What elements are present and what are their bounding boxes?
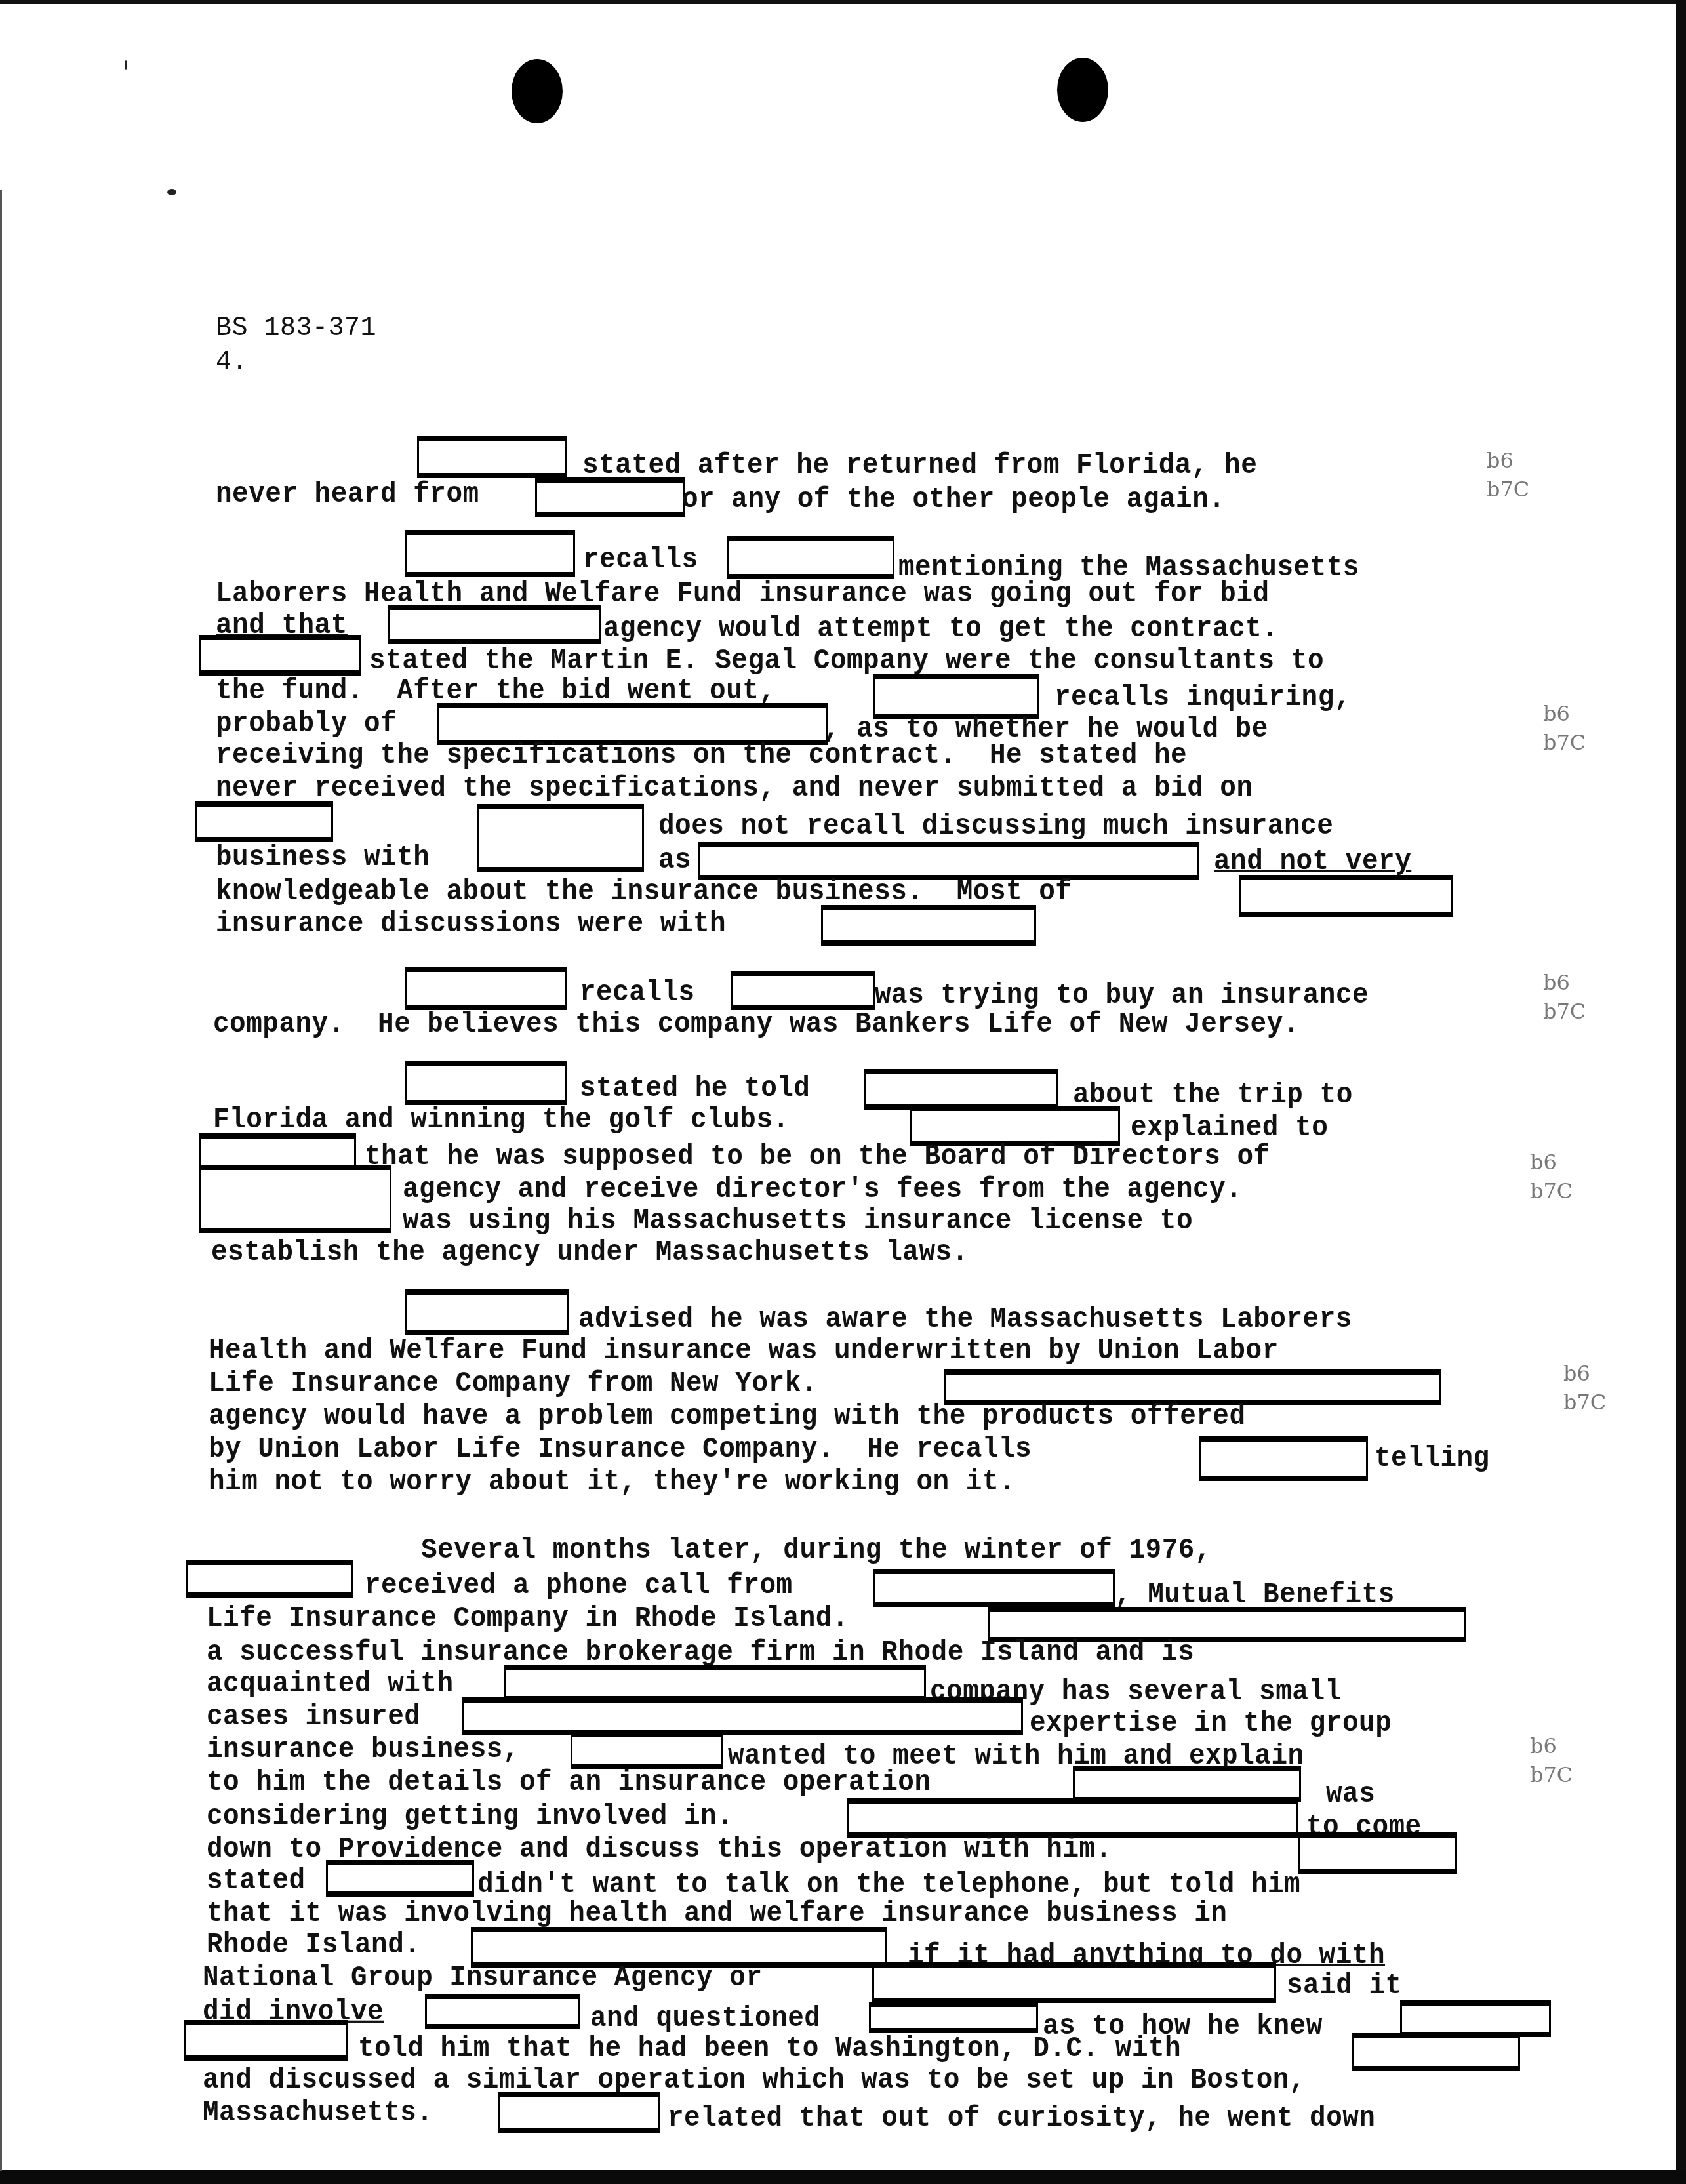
exemption-code-b7c: b7C — [1530, 1177, 1573, 1205]
text-line: agency and receive director's fees from … — [403, 1174, 1242, 1205]
redaction-box — [405, 1289, 569, 1335]
text-line: agency would attempt to get the contract… — [603, 613, 1278, 645]
exemption-code-b6: b6 — [1543, 699, 1570, 728]
text-line: as — [658, 845, 691, 876]
redaction-box — [873, 674, 1039, 719]
exemption-code-b6: b6 — [1563, 1359, 1590, 1388]
redaction-box — [1298, 1832, 1457, 1874]
text-line: receiving the specifications on the cont… — [216, 740, 1187, 771]
text-line: a successful insurance brokerage firm in… — [207, 1637, 1194, 1668]
text-line: insurance business, — [207, 1734, 519, 1766]
exemption-code-b6: b6 — [1530, 1731, 1557, 1760]
text-line: telling — [1375, 1443, 1490, 1474]
text-line: him not to worry about it, they're worki… — [209, 1466, 1015, 1498]
exemption-code-b7c: b7C — [1563, 1388, 1606, 1417]
exemption-code-b6: b6 — [1543, 968, 1570, 997]
exemption-code-b6: b6 — [1530, 1148, 1557, 1177]
redaction-box — [535, 477, 685, 517]
text-line: acquainted with — [207, 1668, 454, 1700]
text-line: advised he was aware the Massachusetts L… — [578, 1304, 1352, 1335]
redaction-box — [698, 842, 1199, 880]
punch-hole-right — [1057, 58, 1108, 122]
text-line: establish the agency under Massachusetts… — [211, 1237, 969, 1268]
exemption-code-b7c: b7C — [1487, 475, 1529, 504]
scan-speck — [125, 60, 127, 70]
document-page: BS 183-371 4. stated after he returned f… — [0, 0, 1686, 2184]
text-line: the fund. After the bid went out, — [216, 676, 776, 707]
scan-edge-top — [0, 0, 1686, 4]
text-line: that he was supposed to be on the Board … — [365, 1141, 1270, 1173]
redaction-box — [873, 1569, 1115, 1607]
text-line: Laborers Health and Welfare Fund insuran… — [216, 578, 1270, 610]
redaction-box — [1199, 1436, 1368, 1481]
text-line: probably of — [216, 708, 397, 740]
text-line: and discussed a similar operation which … — [203, 2065, 1306, 2096]
redaction-box — [944, 1369, 1441, 1405]
text-line: Rhode Island. — [207, 1930, 420, 1961]
text-line: Health and Welfare Fund insurance was un… — [209, 1335, 1279, 1367]
text-line: stated — [207, 1865, 306, 1897]
exemption-code-b6: b6 — [1487, 446, 1514, 475]
redaction-box — [727, 536, 894, 579]
redaction-box — [405, 967, 567, 1010]
text-line: didn't want to talk on the telephone, bu… — [477, 1869, 1300, 1901]
text-line: Life Insurance Company from New York. — [209, 1368, 818, 1400]
text-line: expertise in the group — [1030, 1708, 1392, 1739]
text-line: received a phone call from — [365, 1570, 793, 1602]
text-line: by Union Labor Life Insurance Company. H… — [209, 1434, 1032, 1465]
text-line: or any of the other people again. — [682, 484, 1225, 516]
redaction-box — [731, 971, 875, 1010]
text-line: was — [1326, 1779, 1375, 1810]
text-line: never heard from — [216, 479, 479, 510]
redaction-box — [199, 1165, 391, 1233]
text-line: Life Insurance Company in Rhode Island. — [207, 1603, 849, 1634]
redaction-box — [184, 2020, 348, 2061]
text-line: stated after he returned from Florida, h… — [582, 450, 1257, 481]
text-line: explained to — [1131, 1112, 1328, 1144]
text-line: stated the Martin E. Segal Company were … — [369, 645, 1324, 677]
text-line: Massachusetts. — [203, 2097, 433, 2129]
text-line: considering getting involved in. — [207, 1801, 733, 1832]
punch-hole-left — [512, 59, 563, 123]
text-line: National Group Insurance Agency or — [203, 1962, 763, 1994]
text-line: said it — [1287, 1970, 1402, 2002]
redaction-box — [864, 1069, 1058, 1110]
text-line: company. He believes this company was Ba… — [213, 1009, 1300, 1040]
exemption-code-b7c: b7C — [1530, 1760, 1573, 1789]
text-line: cases insured — [207, 1701, 420, 1733]
exemption-code-b7c: b7C — [1543, 997, 1586, 1026]
redaction-box — [872, 1962, 1276, 2003]
redaction-box — [1239, 875, 1453, 917]
file-number: BS 183-371 — [216, 313, 376, 345]
scan-edge-left — [0, 190, 2, 2171]
redaction-box — [571, 1731, 723, 1769]
redaction-box — [425, 1994, 580, 2029]
redaction-box — [388, 605, 601, 644]
scan-edge-right — [1676, 0, 1686, 2184]
exemption-code-b7c: b7C — [1543, 728, 1586, 757]
redaction-box — [405, 530, 575, 577]
text-line: recalls — [580, 977, 695, 1009]
redaction-box — [477, 804, 644, 872]
redaction-box — [1400, 2000, 1551, 2037]
scan-speck — [167, 189, 176, 195]
redaction-box — [498, 2092, 660, 2133]
redaction-box — [504, 1665, 926, 1701]
text-line: , Mutual Benefits — [1115, 1579, 1395, 1611]
text-line: recalls — [583, 544, 698, 576]
scan-edge-bottom — [0, 2170, 1686, 2184]
redaction-box — [1352, 2033, 1520, 2071]
text-line: and not very — [1214, 846, 1411, 878]
redaction-box — [199, 635, 361, 676]
text-line: Florida and winning the golf clubs. — [213, 1104, 790, 1136]
text-line: knowledgeable about the insurance busine… — [216, 876, 1072, 908]
text-line: never received the specifications, and n… — [216, 773, 1253, 804]
text-line: related that out of curiosity, he went d… — [668, 2103, 1375, 2134]
redaction-box — [405, 1061, 567, 1105]
text-line: Several months later, during the winter … — [421, 1535, 1211, 1566]
redaction-box — [186, 1560, 353, 1598]
text-line: does not recall discussing much insuranc… — [658, 811, 1333, 842]
text-line: to him the details of an insurance opera… — [207, 1767, 931, 1798]
text-line: and questioned — [590, 2003, 820, 2034]
redaction-box — [1073, 1766, 1301, 1802]
redaction-box — [869, 2002, 1038, 2033]
redaction-box — [821, 905, 1036, 946]
redaction-box — [195, 801, 333, 842]
redaction-box — [417, 436, 567, 478]
redaction-box — [326, 1860, 474, 1897]
text-line: that it was involving health and welfare… — [207, 1898, 1227, 1930]
text-line: insurance discussions were with — [216, 908, 726, 940]
text-line: agency would have a problem competing wi… — [209, 1401, 1246, 1432]
text-line: was using his Massachusetts insurance li… — [403, 1205, 1193, 1237]
redaction-box — [847, 1798, 1298, 1838]
page-number: 4. — [216, 348, 248, 379]
text-line: was trying to buy an insurance — [875, 980, 1369, 1011]
text-line: stated he told — [580, 1073, 810, 1104]
text-line: told him that he had been to Washington,… — [358, 2033, 1181, 2065]
text-line: recalls inquiring, — [1054, 682, 1351, 714]
redaction-box — [462, 1697, 1023, 1735]
text-line: business with — [216, 842, 430, 874]
